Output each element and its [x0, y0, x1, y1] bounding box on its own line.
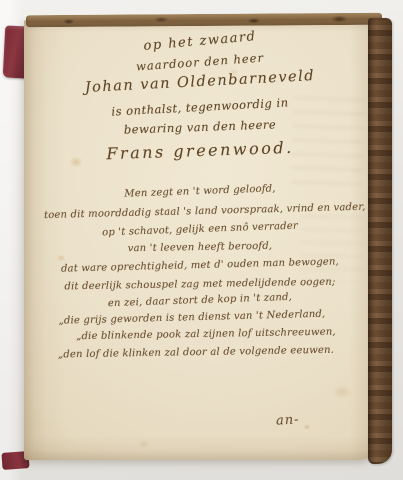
poem-line: toen dit moorddadig staal 's land voorsp…: [44, 202, 344, 221]
poem-line: dat ware oprechtigheid, met d' ouden man…: [50, 256, 350, 275]
poem-line: „den lof die klinken zal door al de volg…: [46, 344, 346, 360]
poem-line: „die blinkende pook zal zijnen lof uitsc…: [56, 326, 356, 342]
poem-line: dit deerlijk schouspel zag met medelijde…: [50, 276, 350, 292]
book-fore-edge: [368, 18, 392, 464]
poem-line: Men zegt en 't word geloofd,: [50, 181, 350, 202]
poem-line: en zei, daar stort de kop in 't zand,: [50, 290, 350, 311]
heading-line-owner: Frans greenwood.: [50, 136, 350, 165]
poem-line: van 't leeven heeft beroofd,: [50, 239, 350, 255]
catchword: an-: [276, 412, 300, 428]
manuscript-photo: op het zwaard waardoor den heer Johan va…: [0, 0, 403, 480]
poem-line: „die grijs geworden is ten dienst van 't…: [42, 308, 342, 327]
manuscript-page: op het zwaard waardoor den heer Johan va…: [24, 20, 376, 460]
handwritten-text-block: op het zwaard waardoor den heer Johan va…: [50, 20, 350, 460]
book-top-edge: [26, 13, 382, 27]
poem-line: op 't schavot, gelijk een snô verrader: [50, 219, 350, 240]
